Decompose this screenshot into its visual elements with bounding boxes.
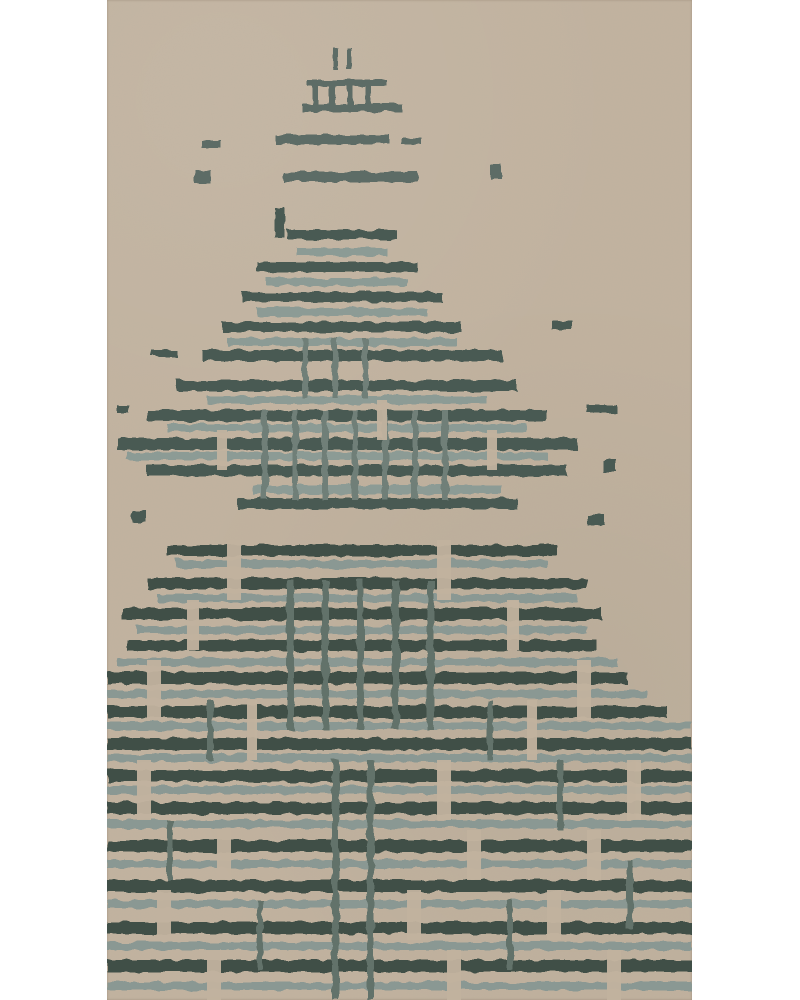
rug [107,0,692,1000]
rug-pattern [107,0,692,1000]
